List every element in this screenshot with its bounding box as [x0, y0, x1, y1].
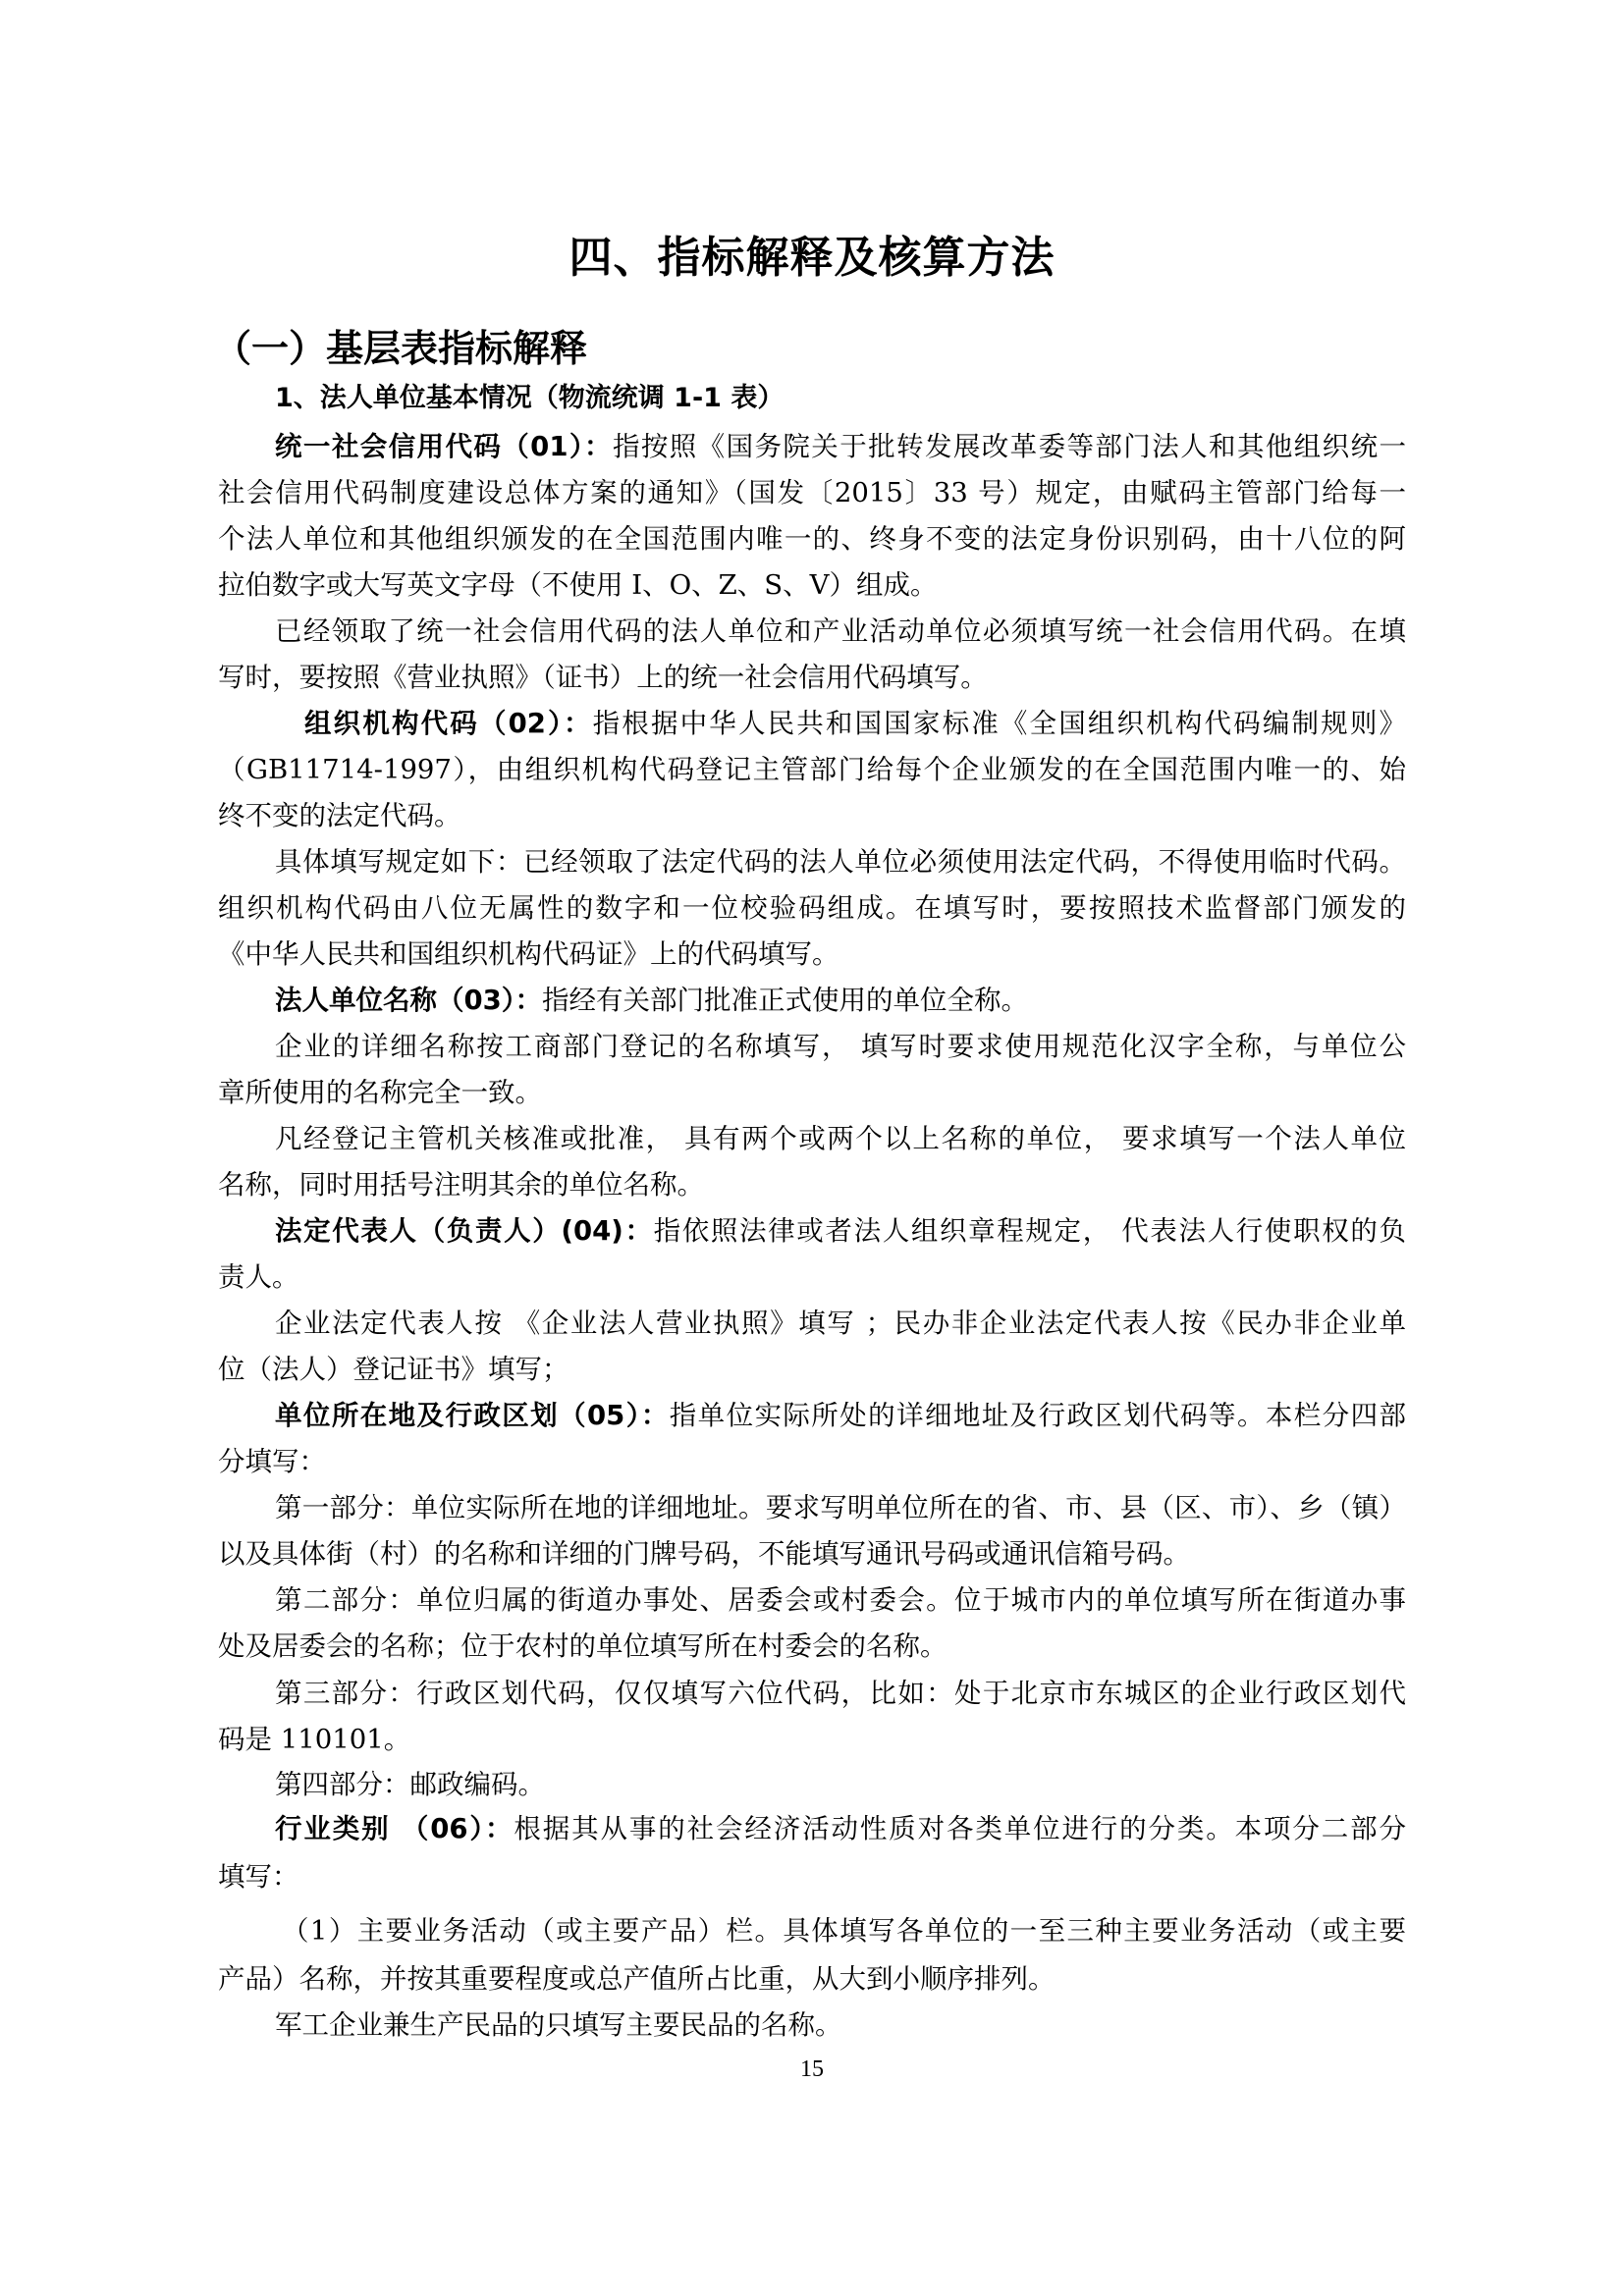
paragraph-line-term: 组织机构代码（02）：指根据中华人民共和国国家标准《全国组织机构代码编制规则》 — [218, 702, 1406, 745]
line-text: 第四部分：邮政编码。 — [275, 1769, 545, 1800]
term-label: 组织机构代码（02）： — [304, 708, 593, 739]
line-text: 社会信用代码制度建设总体方案的通知》（国发〔2015〕33 号）规定，由赋码主管… — [218, 477, 1406, 508]
paragraph-line: 填写： — [218, 1855, 1406, 1898]
line-text: 具体填写规定如下：已经领取了法定代码的法人单位必须使用法定代码，不得使用临时代码… — [275, 846, 1406, 878]
term-label: 单位所在地及行政区划（05）： — [275, 1400, 670, 1431]
paragraph-line: 具体填写规定如下：已经领取了法定代码的法人单位必须使用法定代码，不得使用临时代码… — [218, 840, 1406, 883]
paragraph-line: 第一部分：单位实际所在地的详细地址。要求写明单位所在的省、市、县（区、市）、乡（… — [218, 1486, 1406, 1529]
line-text: 第三部分：行政区划代码，仅仅填写六位代码，比如：处于北京市东城区的企业行政区划代 — [275, 1678, 1406, 1709]
section-title: （一）基层表指标解释 — [214, 324, 587, 373]
line-text: 位（法人）登记证书》填写； — [218, 1354, 569, 1385]
line-text: 处及居委会的名称；位于农村的单位填写所在村委会的名称。 — [218, 1630, 947, 1662]
term-label: 法人单位名称（03）： — [275, 985, 542, 1016]
paragraph-line: 凡经登记主管机关核准或批准， 具有两个或两个以上名称的单位， 要求填写一个法人单… — [218, 1117, 1406, 1160]
paragraph-line: （GB11714-1997），由组织机构代码登记主管部门给每个企业颁发的在全国范… — [218, 748, 1406, 791]
paragraph-line: 第二部分：单位归属的街道办事处、居委会或村委会。位于城市内的单位填写所在街道办事 — [218, 1578, 1406, 1622]
paragraph-line-term: 行业类别 （06）：根据其从事的社会经济活动性质对各类单位进行的分类。本项分二部… — [218, 1807, 1406, 1850]
paragraph-line: （1）主要业务活动（或主要产品）栏。具体填写各单位的一至三种主要业务活动（或主要 — [218, 1909, 1406, 1952]
chapter-title: 四、指标解释及核算方法 — [0, 232, 1624, 285]
line-text: 凡经登记主管机关核准或批准， 具有两个或两个以上名称的单位， 要求填写一个法人单… — [275, 1123, 1406, 1154]
paragraph-line: 终不变的法定代码。 — [218, 794, 1406, 837]
line-text: 产品）名称，并按其重要程度或总产值所占比重，从大到小顺序排列。 — [218, 1963, 1056, 1995]
paragraph-line: 第三部分：行政区划代码，仅仅填写六位代码，比如：处于北京市东城区的企业行政区划代 — [218, 1672, 1406, 1715]
paragraph-line: 企业法定代表人按 《企业法人营业执照》填写 ；民办非企业法定代表人按《民办非企业… — [218, 1302, 1406, 1345]
paragraph-line: 位（法人）登记证书》填写； — [218, 1348, 1406, 1391]
line-text: 第二部分：单位归属的街道办事处、居委会或村委会。位于城市内的单位填写所在街道办事 — [275, 1584, 1406, 1616]
paragraph-line: 码是 110101。 — [218, 1718, 1406, 1761]
line-text: 企业的详细名称按工商部门登记的名称填写， 填写时要求使用规范化汉字全称，与单位公 — [275, 1031, 1406, 1062]
line-text: 指根据中华人民共和国国家标准《全国组织机构代码编制规则》 — [593, 708, 1406, 739]
line-text: 章所使用的名称完全一致。 — [218, 1077, 542, 1108]
line-text: 根据其从事的社会经济活动性质对各类单位进行的分类。本项分二部分 — [514, 1813, 1406, 1844]
line-text: （GB11714-1997），由组织机构代码登记主管部门给每个企业颁发的在全国范… — [218, 754, 1406, 785]
line-text: 已经领取了统一社会信用代码的法人单位和产业活动单位必须填写统一社会信用代码。在填 — [275, 615, 1406, 647]
paragraph-line: 章所使用的名称完全一致。 — [218, 1071, 1406, 1114]
paragraph-line: 个法人单位和其他组织颁发的在全国范围内唯一的、终身不变的法定身份识别码，由十八位… — [218, 517, 1406, 561]
term-label: 统一社会信用代码（01）： — [275, 431, 613, 462]
line-text: 指依照法律或者法人组织章程规定， 代表法人行使职权的负 — [654, 1215, 1406, 1247]
paragraph-line: 分填写： — [218, 1440, 1406, 1483]
line-text: （1）主要业务活动（或主要产品）栏。具体填写各单位的一至三种主要业务活动（或主要 — [282, 1915, 1406, 1947]
paragraph-line-term: 法人单位名称（03）：指经有关部门批准正式使用的单位全称。 — [218, 979, 1406, 1022]
line-text: 个法人单位和其他组织颁发的在全国范围内唯一的、终身不变的法定身份识别码，由十八位… — [218, 523, 1406, 555]
line-text: 指单位实际所处的详细地址及行政区划代码等。本栏分四部 — [670, 1400, 1406, 1431]
line-text: 名称，同时用括号注明其余的单位名称。 — [218, 1169, 704, 1201]
paragraph-line: 企业的详细名称按工商部门登记的名称填写， 填写时要求使用规范化汉字全称，与单位公 — [218, 1025, 1406, 1068]
paragraph-line: 《中华人民共和国组织机构代码证》上的代码填写。 — [218, 933, 1406, 976]
paragraph-line: 拉伯数字或大写英文字母（不使用 I、O、Z、S、V）组成。 — [218, 563, 1406, 607]
paragraph-line: 第四部分：邮政编码。 — [218, 1763, 1406, 1806]
line-text: 终不变的法定代码。 — [218, 800, 461, 831]
line-text: 指按照《国务院关于批转发展改革委等部门法人和其他组织统一 — [613, 431, 1406, 462]
line-text: 码是 110101。 — [218, 1724, 410, 1755]
line-text: 拉伯数字或大写英文字母（不使用 I、O、Z、S、V）组成。 — [218, 569, 937, 601]
paragraph-line: 名称，同时用括号注明其余的单位名称。 — [218, 1163, 1406, 1206]
paragraph-line-term: 单位所在地及行政区划（05）：指单位实际所处的详细地址及行政区划代码等。本栏分四… — [218, 1394, 1406, 1437]
paragraph-line-term: 统一社会信用代码（01）：指按照《国务院关于批转发展改革委等部门法人和其他组织统… — [218, 425, 1406, 468]
line-text: 分填写： — [218, 1446, 326, 1477]
paragraph-line: 社会信用代码制度建设总体方案的通知》（国发〔2015〕33 号）规定，由赋码主管… — [218, 471, 1406, 514]
line-text: 指经有关部门批准正式使用的单位全称。 — [542, 985, 1028, 1016]
paragraph-line-term: 法定代表人（负责人）(04)：指依照法律或者法人组织章程规定， 代表法人行使职权… — [218, 1209, 1406, 1253]
line-text: 组织机构代码由八位无属性的数字和一位校验码组成。在填写时，要按照技术监督部门颁发… — [218, 892, 1406, 924]
subsection-title: 1、法人单位基本情况（物流统调 1-1 表） — [275, 379, 784, 418]
paragraph-line: 责人。 — [218, 1255, 1406, 1299]
line-text: 企业法定代表人按 《企业法人营业执照》填写 ；民办非企业法定代表人按《民办非企业… — [275, 1308, 1406, 1339]
paragraph-line: 已经领取了统一社会信用代码的法人单位和产业活动单位必须填写统一社会信用代码。在填 — [218, 610, 1406, 653]
term-label: 法定代表人（负责人）(04)： — [275, 1215, 654, 1247]
term-label: 行业类别 （06）： — [275, 1813, 514, 1844]
document-page: 四、指标解释及核算方法 （一）基层表指标解释 1、法人单位基本情况（物流统调 1… — [0, 0, 1624, 2296]
line-text: 写时，要按照《营业执照》（证书）上的统一社会信用代码填写。 — [218, 662, 988, 693]
line-text: 第一部分：单位实际所在地的详细地址。要求写明单位所在的省、市、县（区、市）、乡（… — [275, 1492, 1406, 1523]
paragraph-line: 写时，要按照《营业执照》（证书）上的统一社会信用代码填写。 — [218, 656, 1406, 699]
line-text: 填写： — [218, 1861, 299, 1893]
paragraph-line: 军工企业兼生产民品的只填写主要民品的名称。 — [218, 2003, 1406, 2047]
page-number: 15 — [0, 2054, 1624, 2085]
paragraph-line: 以及具体街（村）的名称和详细的门牌号码，不能填写通讯号码或通讯信箱号码。 — [218, 1532, 1406, 1575]
line-text: 《中华人民共和国组织机构代码证》上的代码填写。 — [218, 938, 839, 970]
line-text: 军工企业兼生产民品的只填写主要民品的名称。 — [275, 2009, 842, 2041]
line-text: 责人。 — [218, 1261, 299, 1293]
paragraph-line: 处及居委会的名称；位于农村的单位填写所在村委会的名称。 — [218, 1625, 1406, 1668]
paragraph-line: 产品）名称，并按其重要程度或总产值所占比重，从大到小顺序排列。 — [218, 1957, 1406, 2001]
paragraph-line: 组织机构代码由八位无属性的数字和一位校验码组成。在填写时，要按照技术监督部门颁发… — [218, 886, 1406, 930]
line-text: 以及具体街（村）的名称和详细的门牌号码，不能填写通讯号码或通讯信箱号码。 — [218, 1538, 1190, 1570]
